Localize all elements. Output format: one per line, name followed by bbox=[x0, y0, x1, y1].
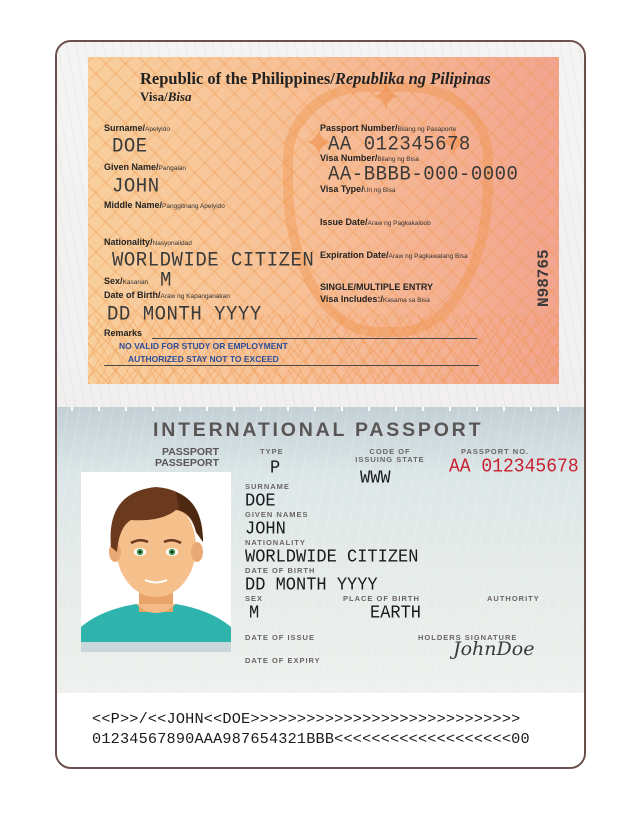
remarks-label: Remarks bbox=[104, 328, 142, 338]
sex-value: M bbox=[249, 603, 259, 624]
given-name-value: JOHN bbox=[112, 174, 160, 198]
mrz-line-2: 01234567890AAA987654321BBB<<<<<<<<<<<<<<… bbox=[92, 730, 530, 748]
holder-photo bbox=[81, 472, 231, 652]
sex-label: SEX bbox=[245, 594, 263, 603]
nationality-label: Nationality/Nasyonalidad bbox=[104, 237, 192, 247]
remarks-line bbox=[152, 338, 477, 339]
passport-data-page: INTERNATIONAL PASSPORT PASSPORTPASSEPORT… bbox=[57, 407, 584, 693]
date-of-expiry-label: DATE OF EXPIRY bbox=[245, 656, 321, 665]
sex-label: Sex/Kasarian bbox=[104, 276, 148, 286]
given-names-value: JOHN bbox=[245, 519, 286, 540]
type-value: P bbox=[270, 458, 280, 479]
remark-line-1: NO VALID FOR STUDY OR EMPLOYMENT bbox=[119, 341, 288, 351]
given-name-label: Given Name/Pangalan bbox=[104, 162, 186, 172]
issue-date-label: Issue Date/Araw ng Pagkakaloob bbox=[320, 217, 431, 227]
passport-no-value: AA 012345678 bbox=[449, 456, 579, 478]
document-label: PASSPORTPASSEPORT bbox=[155, 447, 219, 469]
visa-number-value: AA-BBBB-000-0000 bbox=[328, 162, 518, 186]
passport-title: INTERNATIONAL PASSPORT bbox=[153, 419, 483, 442]
authority-label: AUTHORITY bbox=[487, 594, 540, 603]
date-of-issue-label: DATE OF ISSUE bbox=[245, 633, 315, 642]
visa-type-label: Visa Type/Uri ng Bisa bbox=[320, 184, 396, 194]
mrz-line-1: <<P>>/<<JOHN<<DOE>>>>>>>>>>>>>>>>>>>>>>>… bbox=[92, 710, 520, 728]
expiration-date-label: Expiration Date/Araw ng Pagkawalang Bisa bbox=[320, 250, 468, 260]
holder-signature: JohnDoe bbox=[453, 638, 534, 660]
date-of-birth-label: DATE OF BIRTH bbox=[245, 566, 315, 575]
holder-portrait-icon bbox=[81, 472, 231, 642]
surname-label: SURNAME bbox=[245, 482, 290, 491]
machine-readable-zone: <<P>>/<<JOHN<<DOE>>>>>>>>>>>>>>>>>>>>>>>… bbox=[57, 693, 584, 769]
date-of-birth-value: DD MONTH YYYY bbox=[245, 575, 378, 596]
place-of-birth-value: EARTH bbox=[370, 603, 421, 624]
nationality-label: NATIONALITY bbox=[245, 538, 306, 547]
visa-includes-label: Visa Includes:/Kasama sa Bisa bbox=[320, 294, 430, 304]
date-of-birth-label: Date of Birth/Araw ng Kapanganakan bbox=[104, 290, 230, 300]
perforation bbox=[57, 407, 584, 411]
visa-subtitle: Visa/Bisa bbox=[140, 89, 192, 105]
visa-serial-number: N98765 bbox=[535, 249, 553, 307]
surname-value: DOE bbox=[112, 134, 148, 158]
nationality-value: WORLDWIDE CITIZEN bbox=[245, 547, 418, 568]
sex-value: M bbox=[160, 268, 172, 292]
middle-name-label: Middle Name/Panggitnang Apelyido bbox=[104, 200, 225, 210]
passport-booklet: ✦ ✦ ✦ Republic of the Philippines/Republ… bbox=[55, 40, 586, 769]
surname-label: Surname/Apelyido bbox=[104, 123, 170, 133]
passport-no-label: PASSPORT NO. bbox=[461, 447, 529, 456]
place-of-birth-label: PLACE OF BIRTH bbox=[343, 594, 420, 603]
issuing-state-value: WWW bbox=[360, 468, 391, 489]
visa-title: Republic of the Philippines/Republika ng… bbox=[140, 69, 491, 89]
remarks-bottom-line bbox=[104, 365, 479, 366]
date-of-birth-value: DD MONTH YYYY bbox=[107, 302, 262, 326]
philippine-visa: ✦ ✦ ✦ Republic of the Philippines/Republ… bbox=[88, 57, 559, 384]
type-label: TYPE bbox=[260, 447, 284, 456]
entry-type-label: SINGLE/MULTIPLE ENTRY bbox=[320, 282, 433, 292]
surname-value: DOE bbox=[245, 491, 276, 512]
nationality-value: WORLDWIDE CITIZEN bbox=[112, 248, 314, 272]
given-names-label: GIVEN NAMES bbox=[245, 510, 309, 519]
remark-line-2: AUTHORIZED STAY NOT TO EXCEED bbox=[128, 354, 279, 364]
issuing-state-label-2: ISSUING STATE bbox=[340, 455, 440, 464]
